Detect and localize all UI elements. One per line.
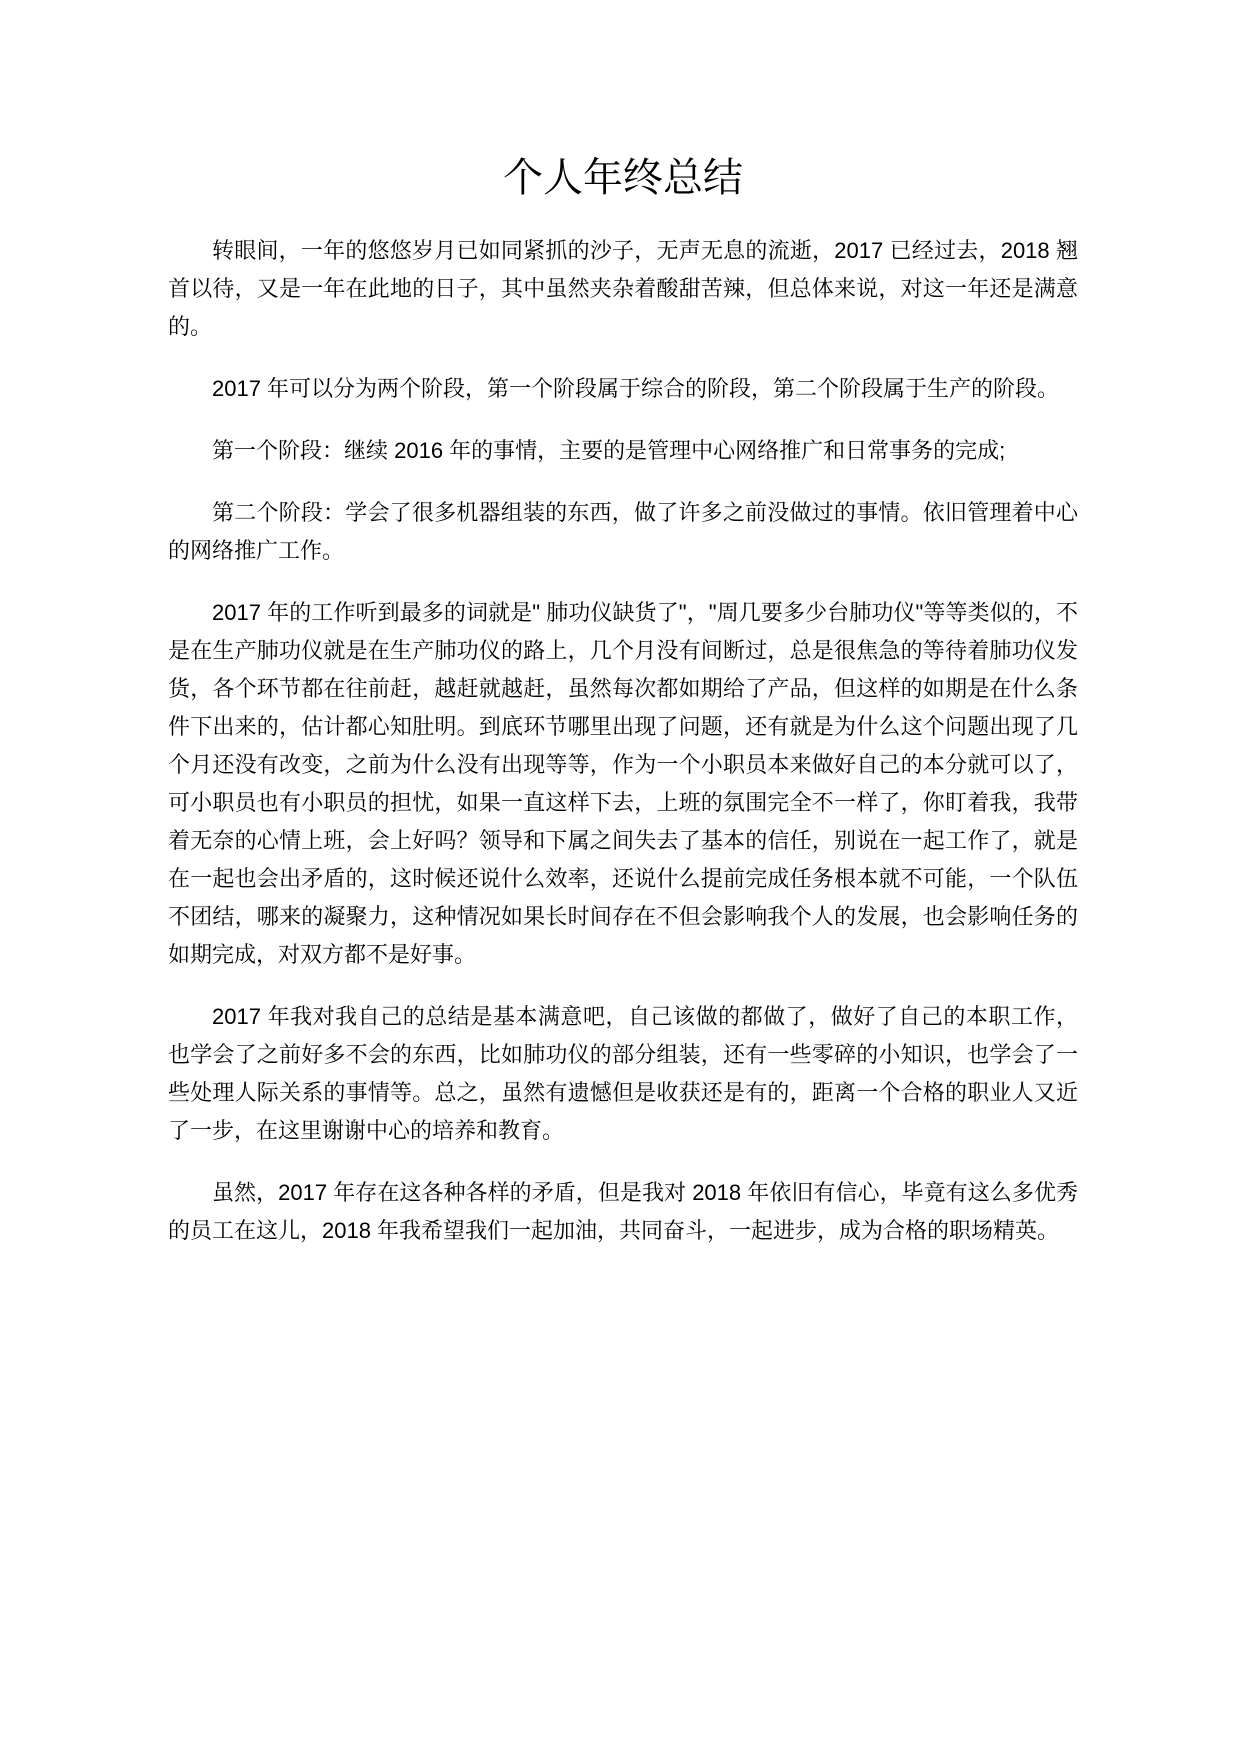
paragraph-stage-two: 第二个阶段：学会了很多机器组装的东西，做了许多之前没做过的事情。依旧管理着中心的… — [168, 494, 1078, 570]
paragraph-stage-one: 第一个阶段：继续 2016 年的事情，主要的是管理中心网络推广和日常事务的完成; — [168, 432, 1078, 470]
paragraph-work-details: 2017 年的工作听到最多的词就是" 肺功仪缺货了"，"周几要多少台肺功仪"等等… — [168, 594, 1078, 974]
document-page: 个人年终总结 转眼间，一年的悠悠岁月已如同紧抓的沙子，无声无息的流逝，2017 … — [0, 0, 1241, 1754]
paragraph-intro: 转眼间，一年的悠悠岁月已如同紧抓的沙子，无声无息的流逝，2017 已经过去，20… — [168, 232, 1078, 346]
paragraph-self-summary: 2017 年我对我自己的总结是基本满意吧，自己该做的都做了，做好了自己的本职工作… — [168, 998, 1078, 1150]
paragraph-outlook: 虽然，2017 年存在这各种各样的矛盾，但是我对 2018 年依旧有信心，毕竟有… — [168, 1174, 1078, 1250]
paragraph-two-stages: 2017 年可以分为两个阶段，第一个阶段属于综合的阶段，第二个阶段属于生产的阶段… — [168, 370, 1078, 408]
document-title: 个人年终总结 — [168, 150, 1078, 206]
document-body: 转眼间，一年的悠悠岁月已如同紧抓的沙子，无声无息的流逝，2017 已经过去，20… — [168, 232, 1078, 1250]
